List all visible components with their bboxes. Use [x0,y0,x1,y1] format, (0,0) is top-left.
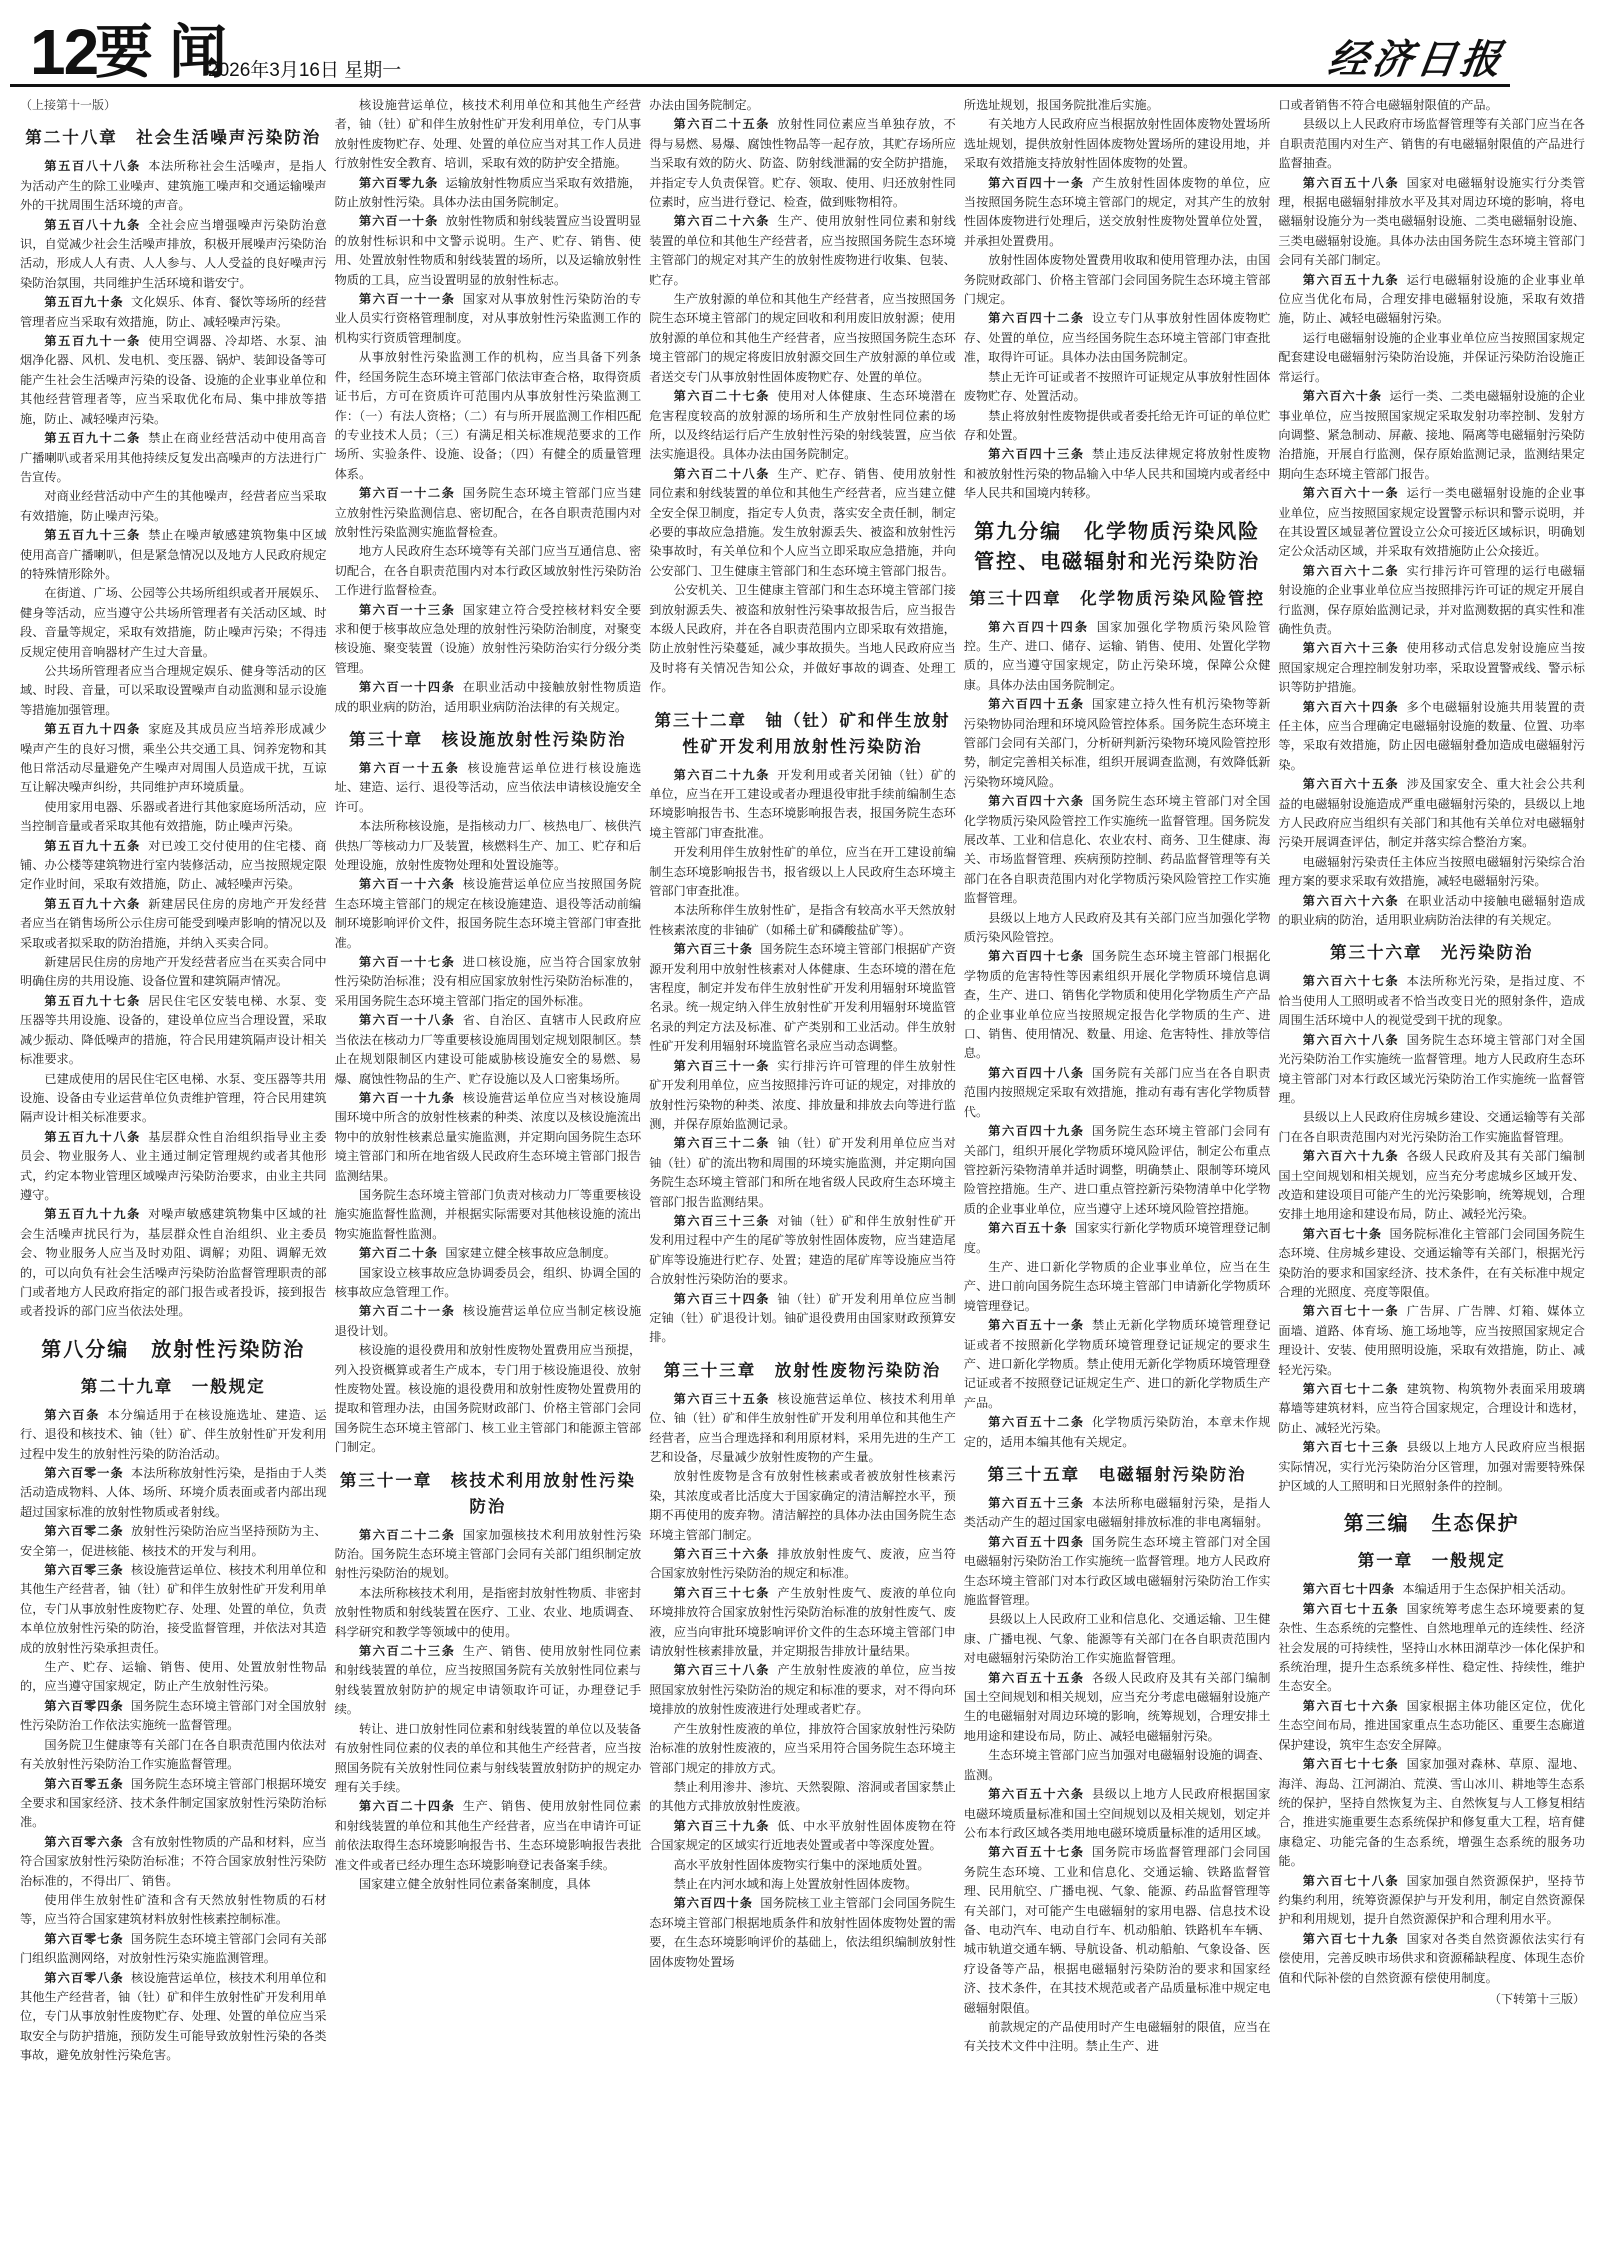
chapter-heading: 第三十三章 放射性废物污染防治 [649,1358,956,1384]
article-number: 第六百七十七条 [1303,1757,1400,1771]
article-paragraph: 第六百四十一条产生放射性固体废物的单位，应当按照国务院生态环境主管部门的规定，对… [964,174,1271,252]
article-number: 第五百九十三条 [44,528,141,542]
article-number: 第五百九十一条 [44,334,141,348]
article-paragraph: 第六百二十三条生产、销售、使用放射性同位素和射线装置的单位，应当按照国务院有关放… [335,1642,642,1720]
body-paragraph: 电磁辐射污染责任主体应当按照电磁辐射污染综合治理方案的要求采取有效措施，减轻电磁… [1278,853,1585,892]
article-number: 第六百四十条 [674,1896,753,1910]
body-paragraph: 新建居民住房的房地产开发经营者应当在买卖合同中明确住房的共用设施、设备位置和建筑… [20,953,327,992]
article-paragraph: 第六百六十三条使用移动式信息发射设施应当按照国家规定合理控制发射功率，采取设置警… [1278,639,1585,697]
body-paragraph: 核设施的退役费用和放射性废物处置费用应当预提，列入投资概算或者生产成本，专门用于… [335,1341,642,1457]
article-paragraph: 第六百二十七条使用对人体健康、生态环境潜在危害程度较高的放射源的场所和生产放射性… [649,387,956,465]
article-paragraph: 第六百二十四条生产、销售、使用放射性同位素和射线装置的单位和其他生产经营者，应当… [335,1797,642,1875]
page-number: 12 [30,20,97,84]
body-paragraph: 运行电磁辐射设施的企业事业单位应当按照国家规定配套建设电磁辐射污染防治设施，并保… [1278,329,1585,387]
body-paragraph: 县级以上地方人民政府及其有关部门应当加强化学物质污染风险管控。 [964,909,1271,948]
body-paragraph: 本法所称核技术利用，是指密封放射性物质、非密封放射性物质和射线装置在医疗、工业、… [335,1584,642,1642]
body-paragraph: 本法所称伴生放射性矿，是指含有较高水平天然放射性核素浓度的非铀矿（如稀土矿和磷酸… [649,901,956,940]
article-paragraph: 第六百四十四条国家加强化学物质污染风险管控。生产、进口、储存、运输、销售、使用、… [964,618,1271,696]
article-paragraph: 第六百三十九条低、中水平放射性固体废物在符合国家规定的区域实行近地表处置或者中等… [649,1817,956,1856]
article-paragraph: 第六百零七条国务院生态环境主管部门会同有关部门组织监测网络，对放射性污染实施监测… [20,1930,327,1969]
body-paragraph: 县级以上人民政府市场监督管理等有关部门应当在各自职责范围内对生产、销售的有电磁辐… [1278,115,1585,173]
article-number: 第六百四十二条 [988,311,1085,325]
article-paragraph: 第六百三十四条铀（钍）矿开发利用单位应当制定铀（钍）矿退役计划。铀矿退役费用由国… [649,1290,956,1348]
article-paragraph: 第五百九十三条禁止在噪声敏感建筑物集中区域使用高音广播喇叭，但是紧急情况以及地方… [20,526,327,584]
article-paragraph: 第六百零五条国务院生态环境主管部门根据环境安全要求和国家经济、技术条件制定国家放… [20,1775,327,1833]
article-number: 第六百零五条 [44,1777,123,1791]
article-paragraph: 第六百五十五条各级人民政府及其有关部门编制国土空间规划和相关规划，应当充分考虑电… [964,1669,1271,1747]
chapter-heading: 第三十四章 化学物质污染风险管控 [964,586,1271,612]
chapter-heading: 第三十五章 电磁辐射污染防治 [964,1462,1271,1488]
body-paragraph: 县级以上人民政府工业和信息化、交通运输、卫生健康、广播电视、气象、能源等有关部门… [964,1610,1271,1668]
publication-date: 2026年3月16日 星期一 [208,55,401,82]
article-paragraph: 第六百二十五条放射性同位素应当单独存放，不得与易燃、易爆、腐蚀性物品等一起存放，… [649,115,956,212]
article-number: 第六百零七条 [44,1932,123,1946]
article-paragraph: 第五百九十八条基层群众性自治组织指导业主委员会、物业服务人、业主通过制定管理规约… [20,1128,327,1206]
article-number: 第六百二十条 [359,1246,438,1260]
article-number: 第六百四十六条 [988,794,1085,808]
article-number: 第六百三十条 [674,942,753,956]
article-paragraph: 第六百一十条放射性物质和射线装置应当设置明显的放射性标识和中文警示说明。生产、贮… [335,212,642,290]
article-paragraph: 第六百四十九条国务院生态环境主管部门会同有关部门，组织开展化学物质环境风险评估，… [964,1122,1271,1219]
article-number: 第六百五十八条 [1303,176,1400,190]
article-paragraph: 第六百二十一条核设施营运单位应当制定核设施退役计划。 [335,1302,642,1341]
article-number: 第六百五十条 [988,1221,1067,1235]
article-number: 第六百五十一条 [988,1318,1085,1332]
article-number: 第五百八十九条 [44,218,141,232]
column-5: 口或者销售不符合电磁辐射限值的产品。县级以上人民政府市场监督管理等有关部门应当在… [1278,96,1585,2261]
chapter-heading: 第三十六章 光污染防治 [1278,940,1585,966]
article-paragraph: 第六百零二条放射性污染防治应当坚持预防为主、安全第一，促进核能、核技术的开发与利… [20,1522,327,1561]
article-text: 国务院生态环境主管部门根据化学物质的危害特性等因素组织开展化学物质环境信息调查，… [964,949,1271,1060]
part-heading: 第三编 生态保护 [1278,1508,1585,1538]
article-paragraph: 第六百六十一条运行一类电磁辐射设施的企业事业单位，应当按照国家规定设置警示标识和… [1278,484,1585,562]
body-paragraph: 高水平放射性固体废物实行集中的深地质处置。 [649,1856,956,1875]
article-number: 第六百一十三条 [359,603,456,617]
article-number: 第六百四十七条 [988,949,1085,963]
article-number: 第六百一十九条 [359,1091,456,1105]
article-number: 第六百四十三条 [988,447,1085,461]
article-paragraph: 第六百一十九条核设施营运单位应当对核设施周围环境中所含的放射性核素的种类、浓度以… [335,1089,642,1186]
article-paragraph: 第六百五十条国家实行新化学物质环境管理登记制度。 [964,1219,1271,1258]
article-paragraph: 第六百四十七条国务院生态环境主管部门根据化学物质的危害特性等因素组织开展化学物质… [964,947,1271,1063]
article-number: 第六百六十五条 [1303,777,1400,791]
article-number: 第六百三十七条 [674,1586,771,1600]
article-number: 第六百五十二条 [988,1415,1085,1429]
body-paragraph: 放射性固体废物处置费用收取和使用管理办法，由国务院财政部门、价格主管部门会同国务… [964,251,1271,309]
chapter-heading: 第三十一章 核技术利用放射性污染防治 [335,1468,642,1520]
article-paragraph: 第五百八十九条全社会应当增强噪声污染防治意识，自觉减少社会生活噪声排放，积极开展… [20,216,327,294]
article-paragraph: 第五百九十五条对已竣工交付使用的住宅楼、商铺、办公楼等建筑物进行室内装修活动，应… [20,837,327,895]
article-number: 第六百五十三条 [988,1496,1085,1510]
article-number: 第六百五十四条 [988,1535,1085,1549]
article-number: 第六百二十六条 [674,214,771,228]
article-paragraph: 第六百零九条运输放射性物质应当采取有效措施，防止放射性污染。具体办法由国务院制定… [335,174,642,213]
article-number: 第六百二十三条 [359,1644,456,1658]
article-paragraph: 第六百五十二条化学物质污染防治，本章未作规定的，适用本编其他有关规定。 [964,1413,1271,1452]
article-number: 第五百九十八条 [44,1130,141,1144]
masthead-rule [10,84,1510,87]
article-text: 放射性同位素应当单独存放，不得与易燃、易爆、腐蚀性物品等一起存放，其贮存场所应当… [649,117,956,209]
continued-from-note: （上接第十一版） [20,96,327,115]
article-paragraph: 第六百六十五条涉及国家安全、重大社会公共利益的电磁辐射设施造成严重电磁辐射污染的… [1278,775,1585,853]
article-paragraph: 第五百九十四条家庭及其成员应当培养形成减少噪声产生的良好习惯，乘坐公共交通工具、… [20,720,327,798]
article-paragraph: 第六百七十三条县级以上地方人民政府应当根据实际情况，实行光污染防治分区管理，加强… [1278,1438,1585,1496]
part-heading: 第九分编 化学物质污染风险管控、电磁辐射和光污染防治 [964,516,1271,576]
article-paragraph: 第六百六十八条国务院生态环境主管部门对全国光污染防治工作实施统一监督管理。地方人… [1278,1031,1585,1109]
article-paragraph: 第六百四十八条国务院有关部门应当在各自职责范围内按照规定采取有效措施，推动有毒有… [964,1064,1271,1122]
body-paragraph: 口或者销售不符合电磁辐射限值的产品。 [1278,96,1585,115]
article-number: 第六百一十一条 [359,292,456,306]
article-paragraph: 第六百三十七条产生放射性废气、废液的单位向环境排放符合国家放射性污染防治标准的放… [649,1584,956,1662]
article-paragraph: 第六百四十三条禁止违反法律规定将放射性废物和被放射性污染的物品输入中华人民共和国… [964,445,1271,503]
article-number: 第六百七十条 [1303,1227,1382,1241]
article-number: 第六百二十七条 [674,389,771,403]
article-number: 第六百三十五条 [674,1392,771,1406]
body-paragraph: 禁止在内河水域和海上处置放射性固体废物。 [649,1875,956,1894]
body-paragraph: 对商业经营活动中产生的其他噪声，经营者应当采取有效措施，防止噪声污染。 [20,487,327,526]
article-paragraph: 第六百七十一条广告屏、广告牌、灯箱、媒体立面墙、道路、体育场、施工场地等，应当按… [1278,1302,1585,1380]
article-paragraph: 第六百七十五条国家统筹考虑生态环境要素的复杂性、生态系统的完整性、自然地理单元的… [1278,1600,1585,1697]
body-paragraph: 生产、进口新化学物质的企业事业单位，应当在生产、进口前向国务院生态环境主管部门申… [964,1258,1271,1316]
body-paragraph: 地方人民政府生态环境等有关部门应当互通信息、密切配合，在各自职责范围内对本行政区… [335,542,642,600]
masthead: 12 要闻 2026年3月16日 星期一 经济日报 [0,0,1600,90]
article-number: 第五百九十七条 [44,994,141,1008]
article-number: 第六百四十九条 [988,1124,1085,1138]
article-number: 第六百零二条 [44,1524,123,1538]
body-paragraph: 前款规定的产品使用时产生电磁辐射的限值，应当在有关技术文件中注明。禁止生产、进 [964,2018,1271,2057]
article-paragraph: 第五百九十条文化娱乐、体育、餐饮等场所的经营管理者应当采取有效措施，防止、减轻噪… [20,293,327,332]
article-paragraph: 第六百五十九条运行电磁辐射设施的企业事业单位应当优化布局，合理安排电磁辐射设施，… [1278,271,1585,329]
article-number: 第六百六十九条 [1303,1149,1400,1163]
body-paragraph: 生产、贮存、运输、销售、使用、处置放射性物品的，应当遵守国家规定，防止产生放射性… [20,1658,327,1697]
article-number: 第六百二十九条 [674,768,771,782]
article-paragraph: 第五百九十一条使用空调器、冷却塔、水泵、油烟净化器、风机、发电机、变压器、锅炉、… [20,332,327,429]
article-paragraph: 第六百四十五条国家建立持久性有机污染物等新污染物协同治理和环境风险管控体系。国务… [964,695,1271,792]
article-paragraph: 第六百七十四条本编适用于生态保护相关活动。 [1278,1580,1585,1599]
article-text: 国务院市场监督管理部门会同国务院生态环境、工业和信息化、交通运输、铁路监督管理、… [964,1845,1271,2014]
article-number: 第六百三十一条 [674,1059,771,1073]
article-paragraph: 第六百五十八条国家对电磁辐射设施实行分类管理，根据电磁辐射排放水平及其对周边环境… [1278,174,1585,271]
article-number: 第六百一十二条 [359,486,456,500]
article-number: 第六百三十三条 [674,1214,771,1228]
article-paragraph: 第六百二十条国家建立健全核事故应急制度。 [335,1244,642,1263]
article-paragraph: 第六百五十六条县级以上地方人民政府根据国家电磁环境质量标准和国土空间规划以及相关… [964,1785,1271,1843]
article-paragraph: 第六百六十二条实行排污许可管理的运行电磁辐射设施的企业事业单位应当按照排污许可证… [1278,562,1585,640]
chapter-heading: 第二十八章 社会生活噪声污染防治 [20,125,327,151]
article-text: 国务院生态环境主管部门根据矿产资源开发利用中放射性核素对人体健康、生态环境的潜在… [649,942,956,1053]
article-paragraph: 第六百六十条运行一类、二类电磁辐射设施的企业事业单位，应当按照国家规定采取发射功… [1278,387,1585,484]
article-number: 第六百二十二条 [359,1528,456,1542]
part-heading: 第八分编 放射性污染防治 [20,1334,327,1364]
article-paragraph: 第六百二十八条生产、贮存、销售、使用放射性同位素和射线装置的单位和其他生产经营者… [649,465,956,581]
body-paragraph: 放射性废物是含有放射性核素或者被放射性核素污染，其浓度或者比活度大于国家确定的清… [649,1467,956,1545]
article-text: 国务院生态环境主管部门对全国化学物质污染风险管控工作实施统一监督管理。国务院发展… [964,794,1271,905]
article-number: 第六百五十六条 [988,1787,1085,1801]
article-paragraph: 第六百零一条本法所称放射性污染，是指由于人类活动造成物料、人体、场所、环境介质表… [20,1464,327,1522]
article-paragraph: 第六百七十条国务院标准化主管部门会同国务院生态环境、住房城乡建设、交通运输等有关… [1278,1225,1585,1303]
article-paragraph: 第六百二十九条开发利用或者关闭铀（钍）矿的单位，应当在开工建设或者办理退役审批手… [649,766,956,844]
article-number: 第五百九十九条 [44,1207,141,1221]
article-number: 第六百二十八条 [674,467,771,481]
article-number: 第六百五十九条 [1303,273,1400,287]
article-paragraph: 第六百一十一条国家对从事放射性污染防治的专业人员实行资格管理制度，对从事放射性污… [335,290,642,348]
body-paragraph: 产生放射性废液的单位，排放符合国家放射性污染防治标准的放射性废液的，应当采用符合… [649,1720,956,1778]
article-paragraph: 第六百一十三条国家建立符合受控核材料安全要求和便于核事故应急处理的放射性污染防治… [335,601,642,679]
article-number: 第六百六十四条 [1303,700,1400,714]
article-number: 第六百七十三条 [1303,1440,1400,1454]
continued-on-note: （下转第十三版） [1278,1990,1585,2009]
article-paragraph: 第六百四十二条设立专门从事放射性固体废物贮存、处置的单位，应当经国务院生态环境主… [964,309,1271,367]
article-paragraph: 第六百五十三条本法所称电磁辐射污染，是指人类活动产生的超过国家电磁辐射排放标准的… [964,1494,1271,1533]
article-number: 第五百九十六条 [44,897,141,911]
article-number: 第六百一十五条 [359,761,460,775]
article-number: 第六百六十八条 [1303,1033,1400,1047]
column-3: 办法由国务院制定。第六百二十五条放射性同位素应当单独存放，不得与易燃、易爆、腐蚀… [649,96,956,2261]
article-number: 第六百零九条 [359,176,438,190]
body-paragraph: 有关地方人民政府应当根据放射性固体废物处置场所选址规划，提供放射性固体废物处置场… [964,115,1271,173]
article-number: 第六百七十九条 [1303,1932,1400,1946]
article-number: 第六百七十一条 [1303,1304,1400,1318]
body-paragraph: 公安机关、卫生健康主管部门和生态环境主管部门接到放射源丢失、被盗和放射性污染事故… [649,581,956,697]
article-number: 第六百三十九条 [674,1819,771,1833]
body-paragraph: 国务院生态环境主管部门负责对核动力厂等重要核设施实施监督性监测，并根据实际需要对… [335,1186,642,1244]
article-paragraph: 第五百八十八条本法所称社会生活噪声，是指人为活动产生的除工业噪声、建筑施工噪声和… [20,157,327,215]
article-paragraph: 第六百五十一条禁止无新化学物质环境管理登记证或者不按照新化学物质环境管理登记证规… [964,1316,1271,1413]
article-number: 第六百三十六条 [674,1547,771,1561]
article-paragraph: 第六百零三条核设施营运单位、核技术利用单位和其他生产经营者，铀（钍）矿和伴生放射… [20,1561,327,1658]
body-paragraph: 使用伴生放射性矿渣和含有天然放射性物质的石材等，应当符合国家建筑材料放射性核素控… [20,1891,327,1930]
article-number: 第六百三十二条 [674,1136,771,1150]
article-paragraph: 第六百三十五条核设施营运单位、核技术利用单位、铀（钍）矿和伴生放射性矿开发利用单… [649,1390,956,1468]
article-paragraph: 第六百七十九条国家对各类自然资源依法实行有偿使用，完善反映市场供求和资源稀缺程度… [1278,1930,1585,1988]
article-number: 第六百七十二条 [1303,1382,1400,1396]
article-number: 第五百九十条 [44,295,123,309]
article-number: 第六百零八条 [44,1971,123,1985]
article-number: 第六百六十三条 [1303,641,1400,655]
article-paragraph: 第六百一十二条国务院生态环境主管部门应当建立放射性污染监测信息、密切配合，在各自… [335,484,642,542]
article-text: 国家加强对森林、草原、湿地、海洋、海岛、江河湖泊、荒漠、雪山冰川、耕地等生态系统… [1278,1757,1585,1868]
article-number: 第六百二十四条 [359,1799,456,1813]
article-paragraph: 第五百九十二条禁止在商业经营活动中使用高音广播喇叭或者采用其他持续反复发出高噪声… [20,429,327,487]
body-paragraph: 在街道、广场、公园等公共场所组织或者开展娱乐、健身等活动，应当遵守公共场所管理者… [20,584,327,662]
article-paragraph: 第六百七十八条国家加强自然资源保护，坚持节约集约利用，统筹资源保护与开发利用，制… [1278,1872,1585,1930]
body-paragraph: 禁止利用渗井、渗坑、天然裂隙、溶洞或者国家禁止的其他方式排放放射性废液。 [649,1778,956,1817]
body-paragraph: 办法由国务院制定。 [649,96,956,115]
article-number: 第六百一十六条 [359,877,456,891]
article-number: 第六百条 [44,1408,100,1422]
body-paragraph: 转让、进口放射性同位素和射线装置的单位以及装备有放射性同位素的仪表的单位和其他生… [335,1720,642,1798]
article-number: 第六百七十八条 [1303,1874,1400,1888]
body-paragraph: 开发利用伴生放射性矿的单位，应当在开工建设前编制生态环境影响报告书，报省级以上人… [649,843,956,901]
column-1: （上接第十一版）第二十八章 社会生活噪声污染防治第五百八十八条本法所称社会生活噪… [20,96,327,2261]
article-number: 第六百一十八条 [359,1013,456,1027]
column-2: 核设施营运单位，核技术利用单位和其他生产经营者，铀（钍）矿和伴生放射性矿开发利用… [335,96,642,2261]
article-paragraph: 第六百零六条含有放射性物质的产品和材料，应当符合国家放射性污染防治标准；不符合国… [20,1833,327,1891]
body-paragraph: 核设施营运单位，核技术利用单位和其他生产经营者，铀（钍）矿和伴生放射性矿开发利用… [335,96,642,174]
article-number: 第六百零四条 [44,1699,123,1713]
article-paragraph: 第六百七十六条国家根据主体功能区定位，优化生态空间布局，推进国家重点生态功能区、… [1278,1697,1585,1755]
article-paragraph: 第五百九十七条居民住宅区安装电梯、水泵、变压器等共用设施、设备的，建设单位应当合… [20,992,327,1070]
article-text: 国家建立健全核事故应急制度。 [445,1246,616,1260]
article-number: 第六百六十条 [1303,389,1382,403]
article-text: 本编适用于生态保护相关活动。 [1402,1582,1573,1596]
article-number: 第六百七十四条 [1303,1582,1395,1596]
article-paragraph: 第六百七十七条国家加强对森林、草原、湿地、海洋、海岛、江河湖泊、荒漠、雪山冰川、… [1278,1755,1585,1871]
article-number: 第六百七十五条 [1303,1602,1400,1616]
article-number: 第六百一十条 [359,214,438,228]
body-paragraph: 生态环境主管部门应当加强对电磁辐射设施的调查、监测。 [964,1746,1271,1785]
article-paragraph: 第六百条本分编适用于在核设施选址、建造、运行、退役和核技术、铀（钍）矿、伴生放射… [20,1406,327,1464]
article-number: 第六百六十一条 [1303,486,1400,500]
body-paragraph: 生产放射源的单位和其他生产经营者，应当按照国务院生态环境主管部门的规定回收和利用… [649,290,956,387]
body-paragraph: 禁止无许可证或者不按照许可证规定从事放射性固体废物贮存、处置活动。 [964,368,1271,407]
article-number: 第六百四十八条 [988,1066,1085,1080]
article-paragraph: 第六百二十二条国家加强核技术利用放射性污染防治。国务院生态环境主管部门会同有关部… [335,1526,642,1584]
article-paragraph: 第六百五十七条国务院市场监督管理部门会同国务院生态环境、工业和信息化、交通运输、… [964,1843,1271,2018]
article-paragraph: 第六百三十六条排放放射性废气、废液，应当符合国家放射性污染防治的规定和标准。 [649,1545,956,1584]
article-number: 第六百二十一条 [359,1304,456,1318]
article-paragraph: 第六百零八条核设施营运单位，核技术利用单位和其他生产经营者，铀（钍）矿和伴生放射… [20,1969,327,2066]
article-text: 对噪声敏感建筑物集中区域的社会生活噪声扰民行为，基层群众性自治组织、业主委员会、… [20,1207,327,1318]
article-number: 第六百六十六条 [1303,894,1400,908]
article-number: 第六百零一条 [44,1466,123,1480]
article-number: 第六百零六条 [44,1835,123,1849]
chapter-heading: 第三十章 核设施放射性污染防治 [335,727,642,753]
article-number: 第六百七十六条 [1303,1699,1400,1713]
article-number: 第六百六十七条 [1303,974,1400,988]
article-number: 第六百三十八条 [674,1663,771,1677]
article-number: 第五百九十二条 [44,431,141,445]
article-number: 第五百八十八条 [44,159,141,173]
article-paragraph: 第六百六十六条在职业活动中接触电磁辐射造成的职业病的防治，适用职业病防治法律的有… [1278,892,1585,931]
body-paragraph: 从事放射性污染监测工作的机构，应当具备下列条件，经国务院生态环境主管部门依法审查… [335,348,642,484]
article-paragraph: 第六百六十七条本法所称光污染，是指过度、不恰当使用人工照明或者不恰当改变日光的照… [1278,972,1585,1030]
article-number: 第六百三十四条 [674,1292,771,1306]
body-paragraph: 国家设立核事故应急协调委员会，组织、协调全国的核事故应急管理工作。 [335,1264,642,1303]
newspaper-logo: 经济日报 [1325,28,1509,85]
article-paragraph: 第六百三十一条实行排污许可管理的伴生放射性矿开发利用单位，应当按照排污许可证的规… [649,1057,956,1135]
article-paragraph: 第六百一十七条进口核设施，应当符合国家放射性污染防治标准；没有相应国家放射性污染… [335,953,642,1011]
article-paragraph: 第六百六十四条多个电磁辐射设施共用装置的责任主体，应当合理确定电磁辐射设施的数量… [1278,698,1585,776]
article-paragraph: 第五百九十九条对噪声敏感建筑物集中区域的社会生活噪声扰民行为，基层群众性自治组织… [20,1205,327,1321]
article-number: 第六百一十四条 [359,680,456,694]
article-number: 第六百四十五条 [988,697,1085,711]
body-paragraph: 已建成使用的居民住宅区电梯、水泵、变压器等共用设施、设备由专业运营单位负责维护管… [20,1070,327,1128]
article-paragraph: 第六百一十六条核设施营运单位应当按照国务院生态环境主管部门的规定在核设施建造、退… [335,875,642,953]
body-paragraph: 本法所称核设施，是指核动力厂、核热电厂、核供汽供热厂等核动力厂及装置，核燃料生产… [335,817,642,875]
body-paragraph: 县级以上人民政府住房城乡建设、交通运输等有关部门在各自职责范围内对光污染防治工作… [1278,1108,1585,1147]
body-paragraph: 所选址规划，报国务院批准后实施。 [964,96,1271,115]
article-paragraph: 第六百六十九条各级人民政府及其有关部门编制国土空间规划和相关规划，应当充分考虑城… [1278,1147,1585,1225]
article-paragraph: 第六百一十四条在职业活动中接触放射性物质造成的职业病的防治，适用职业病防治法律的… [335,678,642,717]
article-number: 第五百九十五条 [44,839,141,853]
article-number: 第六百二十五条 [674,117,771,131]
article-paragraph: 第六百一十八条省、自治区、直辖市人民政府应当依法在核动力厂等重要核设施周围划定规… [335,1011,642,1089]
article-paragraph: 第六百二十六条生产、使用放射性同位素和射线装置的单位和其他生产经营者，应当按照国… [649,212,956,290]
chapter-heading: 第一章 一般规定 [1278,1548,1585,1574]
article-paragraph: 第六百七十二条建筑物、构筑物外表面采用玻璃幕墙等建筑材料，应当符合国家规定，合理… [1278,1380,1585,1438]
article-paragraph: 第六百零四条国务院生态环境主管部门对全国放射性污染防治工作依法实施统一监督管理。 [20,1697,327,1736]
article-number: 第六百四十一条 [988,176,1085,190]
chapter-heading: 第三十二章 铀（钍）矿和伴生放射性矿开发利用放射性污染防治 [649,708,956,760]
article-paragraph: 第六百三十二条铀（钍）矿开发利用单位应当对铀（钍）矿的流出物和周围的环境实施监测… [649,1134,956,1212]
article-text: 生产、贮存、销售、使用放射性同位素和射线装置的单位和其他生产经营者，应当建立健全… [649,467,956,578]
body-paragraph: 使用家用电器、乐器或者进行其他家庭场所活动，应当控制音量或者采取其他有效措施，防… [20,798,327,837]
article-number: 第六百五十五条 [988,1671,1085,1685]
column-4: 所选址规划，报国务院批准后实施。有关地方人民政府应当根据放射性固体废物处置场所选… [964,96,1271,2261]
article-number: 第六百零三条 [44,1563,123,1577]
article-paragraph: 第六百一十五条核设施营运单位进行核设施选址、建造、运行、退役等活动，应当依法申请… [335,759,642,817]
article-number: 第六百四十四条 [988,620,1089,634]
body-paragraph: 公共场所管理者应当合理规定娱乐、健身等活动的区域、时段、音量，可以采取设置噪声自… [20,662,327,720]
article-number: 第六百五十七条 [988,1845,1085,1859]
article-columns: （上接第十一版）第二十八章 社会生活噪声污染防治第五百八十八条本法所称社会生活噪… [20,96,1585,2261]
body-paragraph: 国务院卫生健康等有关部门在各自职责范围内依法对有关放射性污染防治工作实施监督管理… [20,1736,327,1775]
article-number: 第六百一十七条 [359,955,456,969]
article-number: 第五百九十四条 [44,722,141,736]
article-paragraph: 第五百九十六条新建居民住房的房地产开发经营者应当在销售场所公示住房可能受到噪声影… [20,895,327,953]
article-paragraph: 第六百三十条国务院生态环境主管部门根据矿产资源开发利用中放射性核素对人体健康、生… [649,940,956,1056]
article-paragraph: 第六百三十八条产生放射性废液的单位，应当按照国家放射性污染防治的规定和标准的要求… [649,1661,956,1719]
article-paragraph: 第六百三十三条对铀（钍）矿和伴生放射性矿开发利用过程中产生的尾矿等放射性固体废物… [649,1212,956,1290]
article-paragraph: 第六百四十条国务院核工业主管部门会同国务院生态环境主管部门根据地质条件和放射性固… [649,1894,956,1972]
chapter-heading: 第二十九章 一般规定 [20,1374,327,1400]
article-paragraph: 第六百五十四条国务院生态环境主管部门对全国电磁辐射污染防治工作实施统一监督管理。… [964,1533,1271,1611]
body-paragraph: 禁止将放射性废物提供或者委托给无许可证的单位贮存和处置。 [964,407,1271,446]
article-number: 第六百六十二条 [1303,564,1400,578]
body-paragraph: 国家建立健全放射性同位素备案制度，具体 [335,1875,642,1894]
article-paragraph: 第六百四十六条国务院生态环境主管部门对全国化学物质污染风险管控工作实施统一监督管… [964,792,1271,908]
